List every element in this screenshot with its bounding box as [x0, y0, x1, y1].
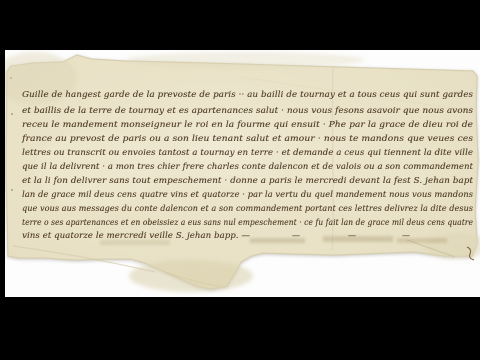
letterbox-top-bar — [0, 0, 480, 50]
manuscript-line-1: Guille de hangest garde de la prevoste d… — [22, 89, 473, 101]
manuscript-line-11: vins et quatorze le mercredi veille S. j… — [22, 230, 250, 242]
line-end-dash: — — [292, 230, 299, 242]
manuscript-line-8: lan de grace mil deus cens quatre vins e… — [22, 189, 473, 201]
manuscript-scan: Guille de hangest garde de la prevoste d… — [5, 50, 480, 297]
letterboxed-viewer: { "viewer": { "background_color": "#0000… — [0, 0, 480, 360]
manuscript-text: Guille de hangest garde de la prevoste d… — [22, 50, 480, 297]
manuscript-line-10: terre o ses apartenances et en obeissiez… — [22, 217, 473, 229]
letterbox-bottom-bar — [0, 297, 480, 360]
manuscript-line-2: et baillis de la terre de tournay et es … — [22, 105, 473, 117]
line-end-dash: — — [348, 230, 355, 242]
manuscript-line-9: que vous aus messages du conte dalencon … — [22, 203, 473, 215]
manuscript-line-6: que il la delivrent · a mon tres chier f… — [22, 161, 473, 173]
manuscript-line-7: et la li fon delivrer sans tout empesche… — [22, 175, 473, 187]
manuscript-line-4: france au prevost de paris ou a son lieu… — [22, 133, 473, 145]
manuscript-line-5: lettres ou transcrit ou envoies tantost … — [22, 147, 473, 159]
manuscript-line-3: receu le mandement monseigneur le roi en… — [22, 119, 473, 131]
line-end-dash: — — [402, 230, 409, 242]
